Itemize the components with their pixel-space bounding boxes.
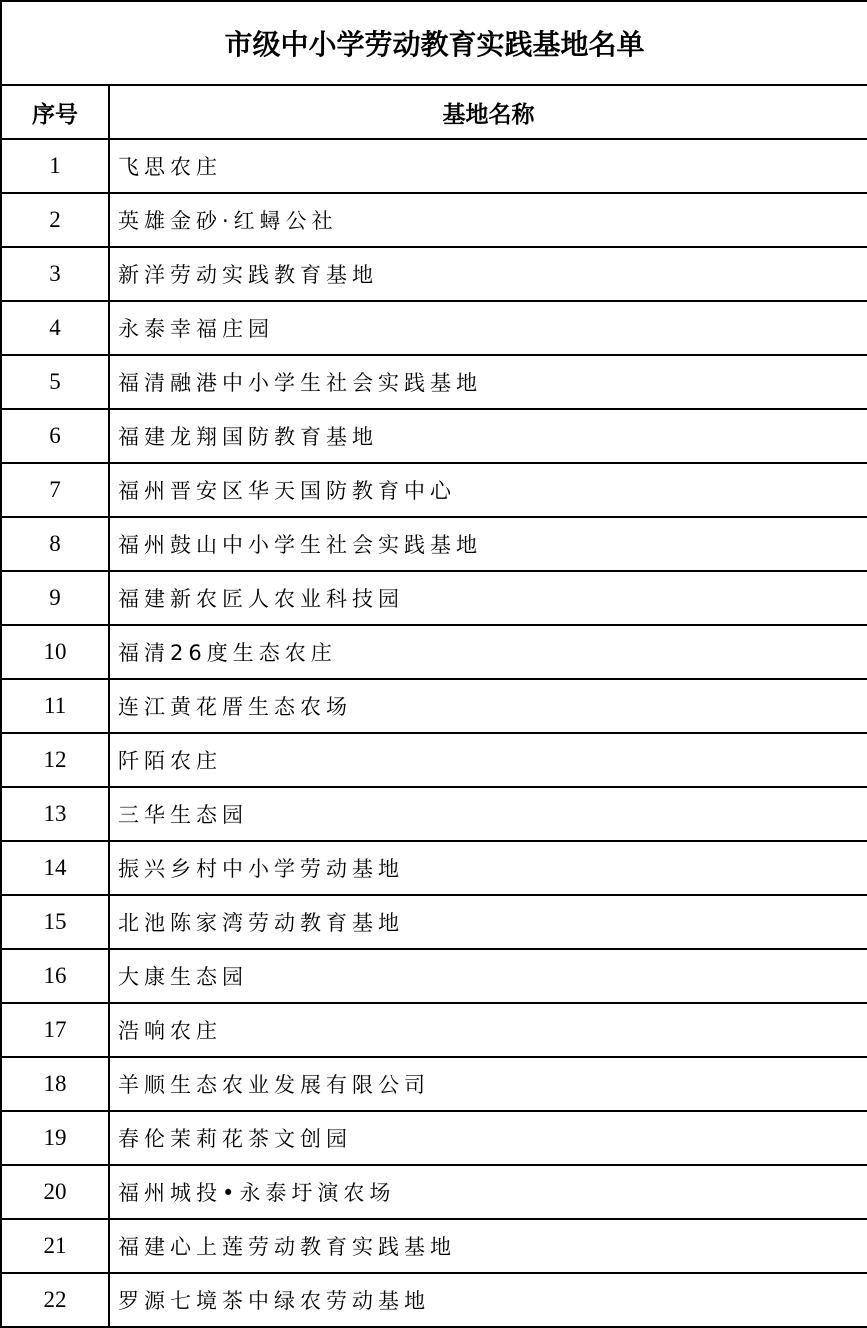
row-index: 19 bbox=[1, 1111, 109, 1165]
row-index: 16 bbox=[1, 949, 109, 1003]
row-base-name: 浩响农庄 bbox=[109, 1003, 867, 1057]
row-index: 4 bbox=[1, 301, 109, 355]
row-index: 22 bbox=[1, 1273, 109, 1323]
row-base-name: 连江黄花厝生态农场 bbox=[109, 679, 867, 733]
row-base-name: 新洋劳动实践教育基地 bbox=[109, 247, 867, 301]
row-index: 17 bbox=[1, 1003, 109, 1057]
row-base-name: 福建新农匠人农业科技园 bbox=[109, 571, 867, 625]
column-header-name: 基地名称 bbox=[109, 85, 867, 139]
table-row: 20福州城投•永泰圩演农场 bbox=[1, 1165, 867, 1219]
row-index: 9 bbox=[1, 571, 109, 625]
row-index: 12 bbox=[1, 733, 109, 787]
table-row: 11连江黄花厝生态农场 bbox=[1, 679, 867, 733]
table-row: 7福州晋安区华天国防教育中心 bbox=[1, 463, 867, 517]
table-row: 14振兴乡村中小学劳动基地 bbox=[1, 841, 867, 895]
table-row: 19春伦茉莉花茶文创园 bbox=[1, 1111, 867, 1165]
row-index: 14 bbox=[1, 841, 109, 895]
row-base-name: 振兴乡村中小学劳动基地 bbox=[109, 841, 867, 895]
row-base-name: 福州鼓山中小学生社会实践基地 bbox=[109, 517, 867, 571]
table-row: 1飞思农庄 bbox=[1, 139, 867, 193]
row-base-name: 福州晋安区华天国防教育中心 bbox=[109, 463, 867, 517]
table-row: 6福建龙翔国防教育基地 bbox=[1, 409, 867, 463]
base-list-table: 市级中小学劳动教育实践基地名单 序号 基地名称 1飞思农庄2英雄金砂·红蟳公社3… bbox=[0, 0, 867, 1323]
table-row: 13三华生态园 bbox=[1, 787, 867, 841]
header-row: 序号 基地名称 bbox=[1, 85, 867, 139]
table-row: 12阡陌农庄 bbox=[1, 733, 867, 787]
row-base-name: 永泰幸福庄园 bbox=[109, 301, 867, 355]
title-row: 市级中小学劳动教育实践基地名单 bbox=[1, 1, 867, 85]
column-header-index: 序号 bbox=[1, 85, 109, 139]
table-row: 17浩响农庄 bbox=[1, 1003, 867, 1057]
row-index: 18 bbox=[1, 1057, 109, 1111]
row-base-name: 北池陈家湾劳动教育基地 bbox=[109, 895, 867, 949]
row-base-name: 飞思农庄 bbox=[109, 139, 867, 193]
table-row: 9福建新农匠人农业科技园 bbox=[1, 571, 867, 625]
table-row: 3新洋劳动实践教育基地 bbox=[1, 247, 867, 301]
table-row: 2英雄金砂·红蟳公社 bbox=[1, 193, 867, 247]
row-index: 3 bbox=[1, 247, 109, 301]
row-base-name: 阡陌农庄 bbox=[109, 733, 867, 787]
row-base-name: 三华生态园 bbox=[109, 787, 867, 841]
row-base-name: 福清26度生态农庄 bbox=[109, 625, 867, 679]
row-base-name: 英雄金砂·红蟳公社 bbox=[109, 193, 867, 247]
row-base-name: 福州城投•永泰圩演农场 bbox=[109, 1165, 867, 1219]
table-row: 10福清26度生态农庄 bbox=[1, 625, 867, 679]
row-base-name: 福建心上莲劳动教育实践基地 bbox=[109, 1219, 867, 1273]
row-index: 21 bbox=[1, 1219, 109, 1273]
row-index: 20 bbox=[1, 1165, 109, 1219]
row-base-name: 羊顺生态农业发展有限公司 bbox=[109, 1057, 867, 1111]
table-row: 8福州鼓山中小学生社会实践基地 bbox=[1, 517, 867, 571]
row-index: 1 bbox=[1, 139, 109, 193]
row-index: 2 bbox=[1, 193, 109, 247]
row-index: 7 bbox=[1, 463, 109, 517]
row-base-name: 大康生态园 bbox=[109, 949, 867, 1003]
table-row: 18羊顺生态农业发展有限公司 bbox=[1, 1057, 867, 1111]
row-base-name: 福清融港中小学生社会实践基地 bbox=[109, 355, 867, 409]
document-title: 市级中小学劳动教育实践基地名单 bbox=[1, 1, 867, 85]
table-row: 21福建心上莲劳动教育实践基地 bbox=[1, 1219, 867, 1273]
table-row: 15北池陈家湾劳动教育基地 bbox=[1, 895, 867, 949]
table-row: 22罗源七境茶中绿农劳动基地 bbox=[1, 1273, 867, 1323]
row-index: 8 bbox=[1, 517, 109, 571]
document-page: 市级中小学劳动教育实践基地名单 序号 基地名称 1飞思农庄2英雄金砂·红蟳公社3… bbox=[0, 0, 867, 1323]
table-row: 5福清融港中小学生社会实践基地 bbox=[1, 355, 867, 409]
row-base-name: 福建龙翔国防教育基地 bbox=[109, 409, 867, 463]
table-row: 16大康生态园 bbox=[1, 949, 867, 1003]
row-base-name: 春伦茉莉花茶文创园 bbox=[109, 1111, 867, 1165]
row-index: 10 bbox=[1, 625, 109, 679]
row-index: 5 bbox=[1, 355, 109, 409]
row-base-name: 罗源七境茶中绿农劳动基地 bbox=[109, 1273, 867, 1323]
row-index: 11 bbox=[1, 679, 109, 733]
row-index: 13 bbox=[1, 787, 109, 841]
row-index: 6 bbox=[1, 409, 109, 463]
row-index: 15 bbox=[1, 895, 109, 949]
table-row: 4永泰幸福庄园 bbox=[1, 301, 867, 355]
